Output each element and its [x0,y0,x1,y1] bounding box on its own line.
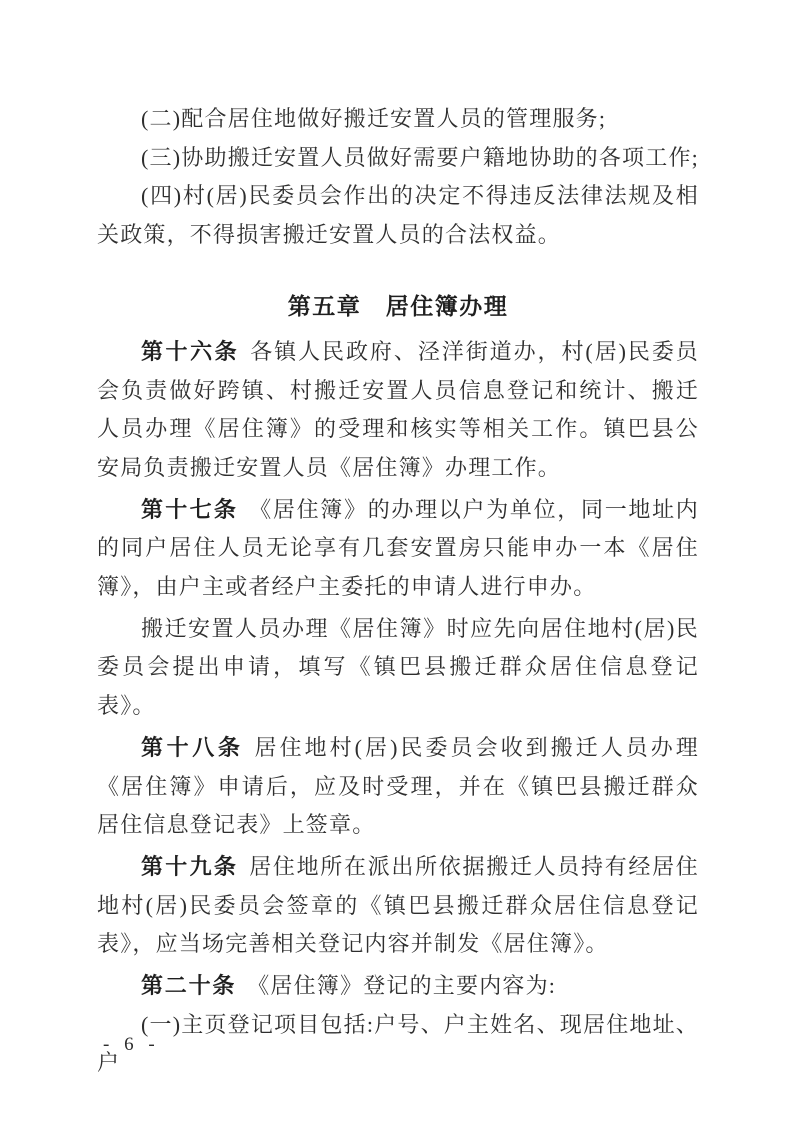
article-17: 第十七条《居住簿》的办理以户为单位，同一地址内的同户居住人员无论享有几套安置房只… [97,491,699,607]
article-20: 第二十条《居住簿》登记的主要内容为: [97,967,699,1006]
list-item-3: (三)协助搬迁安置人员做好需要户籍地协助的各项工作; [97,139,699,178]
document-body: (二)配合居住地做好搬迁安置人员的管理服务; (三)协助搬迁安置人员做好需要户籍… [97,100,699,1083]
article-19-number: 第十九条 [141,854,238,879]
article-16: 第十六条各镇人民政府、泾洋街道办，村(居)民委员会负责做好跨镇、村搬迁安置人员信… [97,333,699,488]
article-17-paragraph-2: 搬迁安置人员办理《居住簿》时应先向居住地村(居)民委员会提出申请，填写《镇巴县搬… [97,610,699,726]
document-page: (二)配合居住地做好搬迁安置人员的管理服务; (三)协助搬迁安置人员做好需要户籍… [0,0,793,1122]
article-20-number: 第二十条 [141,973,236,998]
list-item-2: (二)配合居住地做好搬迁安置人员的管理服务; [97,100,699,139]
chapter-heading: 第五章 居住簿办理 [97,285,699,327]
article-16-number: 第十六条 [141,339,239,364]
article-20-text: 《居住簿》登记的主要内容为: [247,973,556,998]
article-17-number: 第十七条 [141,497,238,522]
page-number: - 6 - [103,1034,160,1056]
article-20-item-1-text: (一)主页登记项目包括:户号、户主姓名、现居住地址、户 [97,1012,699,1076]
article-19: 第十九条居住地所在派出所依据搬迁人员持有经居住地村(居)民委员会签章的《镇巴县搬… [97,848,699,964]
article-17-paragraph-2-text: 搬迁安置人员办理《居住簿》时应先向居住地村(居)民委员会提出申请，填写《镇巴县搬… [97,616,699,718]
article-18: 第十八条居住地村(居)民委员会收到搬迁人员办理《居住簿》申请后，应及时受理，并在… [97,729,699,845]
list-item-4: (四)村(居)民委员会作出的决定不得违反法律法规及相关政策，不得损害搬迁安置人员… [97,177,699,254]
article-18-number: 第十八条 [141,735,244,760]
article-20-item-1: (一)主页登记项目包括:户号、户主姓名、现居住地址、户 [97,1006,699,1083]
